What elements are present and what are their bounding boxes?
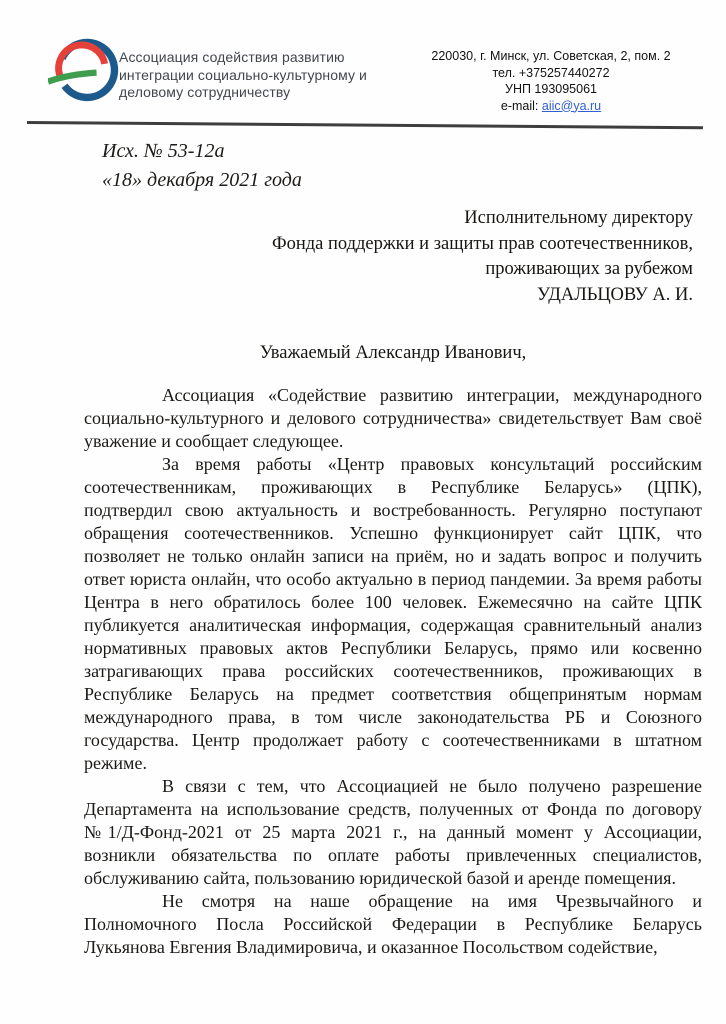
body-line: ответ юриста онлайн, что особо актуально… <box>84 568 702 591</box>
reference-block: Исх. № 53-12а «18» декабря 2021 года <box>102 137 302 195</box>
salutation: Уважаемый Александр Иванович, <box>84 343 702 364</box>
body-line: государства. Центр продолжает работу с с… <box>84 729 702 752</box>
contact-unp: УНП 193095061 <box>402 81 700 98</box>
addressee-line: УДАЛЬЦОВУ А. И. <box>272 283 693 309</box>
body-line: нормативных правовых актов Республики Бе… <box>84 637 702 660</box>
body-line: позволяет не только онлайн записи на при… <box>84 545 702 568</box>
logo-green-stroke <box>48 73 97 82</box>
org-name: Ассоциация содействия развитиюинтеграции… <box>119 49 367 102</box>
body-line: Ассоциация «Содействие развитию интеграц… <box>84 384 702 407</box>
addressee-line: Фонда поддержки и защиты прав соотечеств… <box>272 232 693 258</box>
body-line: социально-культурного и делового сотрудн… <box>84 407 702 430</box>
email-label: e-mail: <box>501 99 539 113</box>
body-line: публикуется аналитическая информация, со… <box>84 614 702 637</box>
body-line: возникли обязательства по оплате работы … <box>84 844 702 867</box>
letter-page: Ассоциация содействия развитиюинтеграции… <box>0 0 726 1024</box>
body-paragraph: Не смотря на наше обращение на имя Чрезв… <box>84 890 702 959</box>
body-paragraph: Ассоциация «Содействие развитию интеграц… <box>84 384 702 453</box>
outgoing-number: Исх. № 53-12а <box>102 137 302 166</box>
body-line: режиме. <box>84 752 702 775</box>
body-line: международного права, в том числе законо… <box>84 706 702 729</box>
body-line: Республике Беларусь на предмет соответст… <box>84 683 702 706</box>
body-line: обращения соотечественников. Успешно фун… <box>84 522 702 545</box>
body-line: Центра в него обратилось более 100 челов… <box>84 591 702 614</box>
body-line: соотечественникам, проживающих в Республ… <box>84 476 702 499</box>
contact-phone: тел. +375257440272 <box>402 65 700 82</box>
contact-block: 220030, г. Минск, ул. Советская, 2, пом.… <box>402 48 700 114</box>
body-line: Лукьянова Евгения Владимировича, и оказа… <box>84 936 702 959</box>
addressee-block: Исполнительному директоруФонда поддержки… <box>272 206 693 308</box>
org-name-line: интеграции социально-культурному и <box>119 67 367 85</box>
body-paragraph: В связи с тем, что Ассоциацией не было п… <box>84 775 702 890</box>
body-line: уважение и сообщает следующее. <box>84 430 702 453</box>
body-line: затрагивающих права российских соотечест… <box>84 660 702 683</box>
body-line: Полномочного Посла Российской Федерации … <box>84 913 702 936</box>
body-line: В связи с тем, что Ассоциацией не было п… <box>84 775 702 798</box>
email-link[interactable]: aiic@ya.ru <box>542 99 601 113</box>
contact-address: 220030, г. Минск, ул. Советская, 2, пом.… <box>402 48 700 65</box>
letter-date: «18» декабря 2021 года <box>102 166 302 195</box>
body-line: Не смотря на наше обращение на имя Чрезв… <box>84 890 702 913</box>
body-line: обслуживанию сайта, пользованию юридичес… <box>84 867 702 890</box>
org-name-line: Ассоциация содействия развитию <box>119 49 367 67</box>
contact-email-row: e-mail: aiic@ya.ru <box>402 98 700 115</box>
letter-body: Ассоциация «Содействие развитию интеграц… <box>84 384 702 959</box>
org-name-line: деловому сотрудничеству <box>119 84 367 102</box>
body-line: подтвердил свою актуальность и востребов… <box>84 499 702 522</box>
body-paragraph: За время работы «Центр правовых консульт… <box>84 453 702 775</box>
body-line: №1/Д-Фонд-2021 от 25 марта 2021 г., на д… <box>84 821 702 844</box>
body-line: Департамента на использование средств, п… <box>84 798 702 821</box>
addressee-line: проживающих за рубежом <box>272 257 693 283</box>
header-divider <box>27 121 703 129</box>
org-logo-icon <box>48 32 124 108</box>
addressee-line: Исполнительному директору <box>272 206 693 232</box>
body-line: За время работы «Центр правовых консульт… <box>84 453 702 476</box>
